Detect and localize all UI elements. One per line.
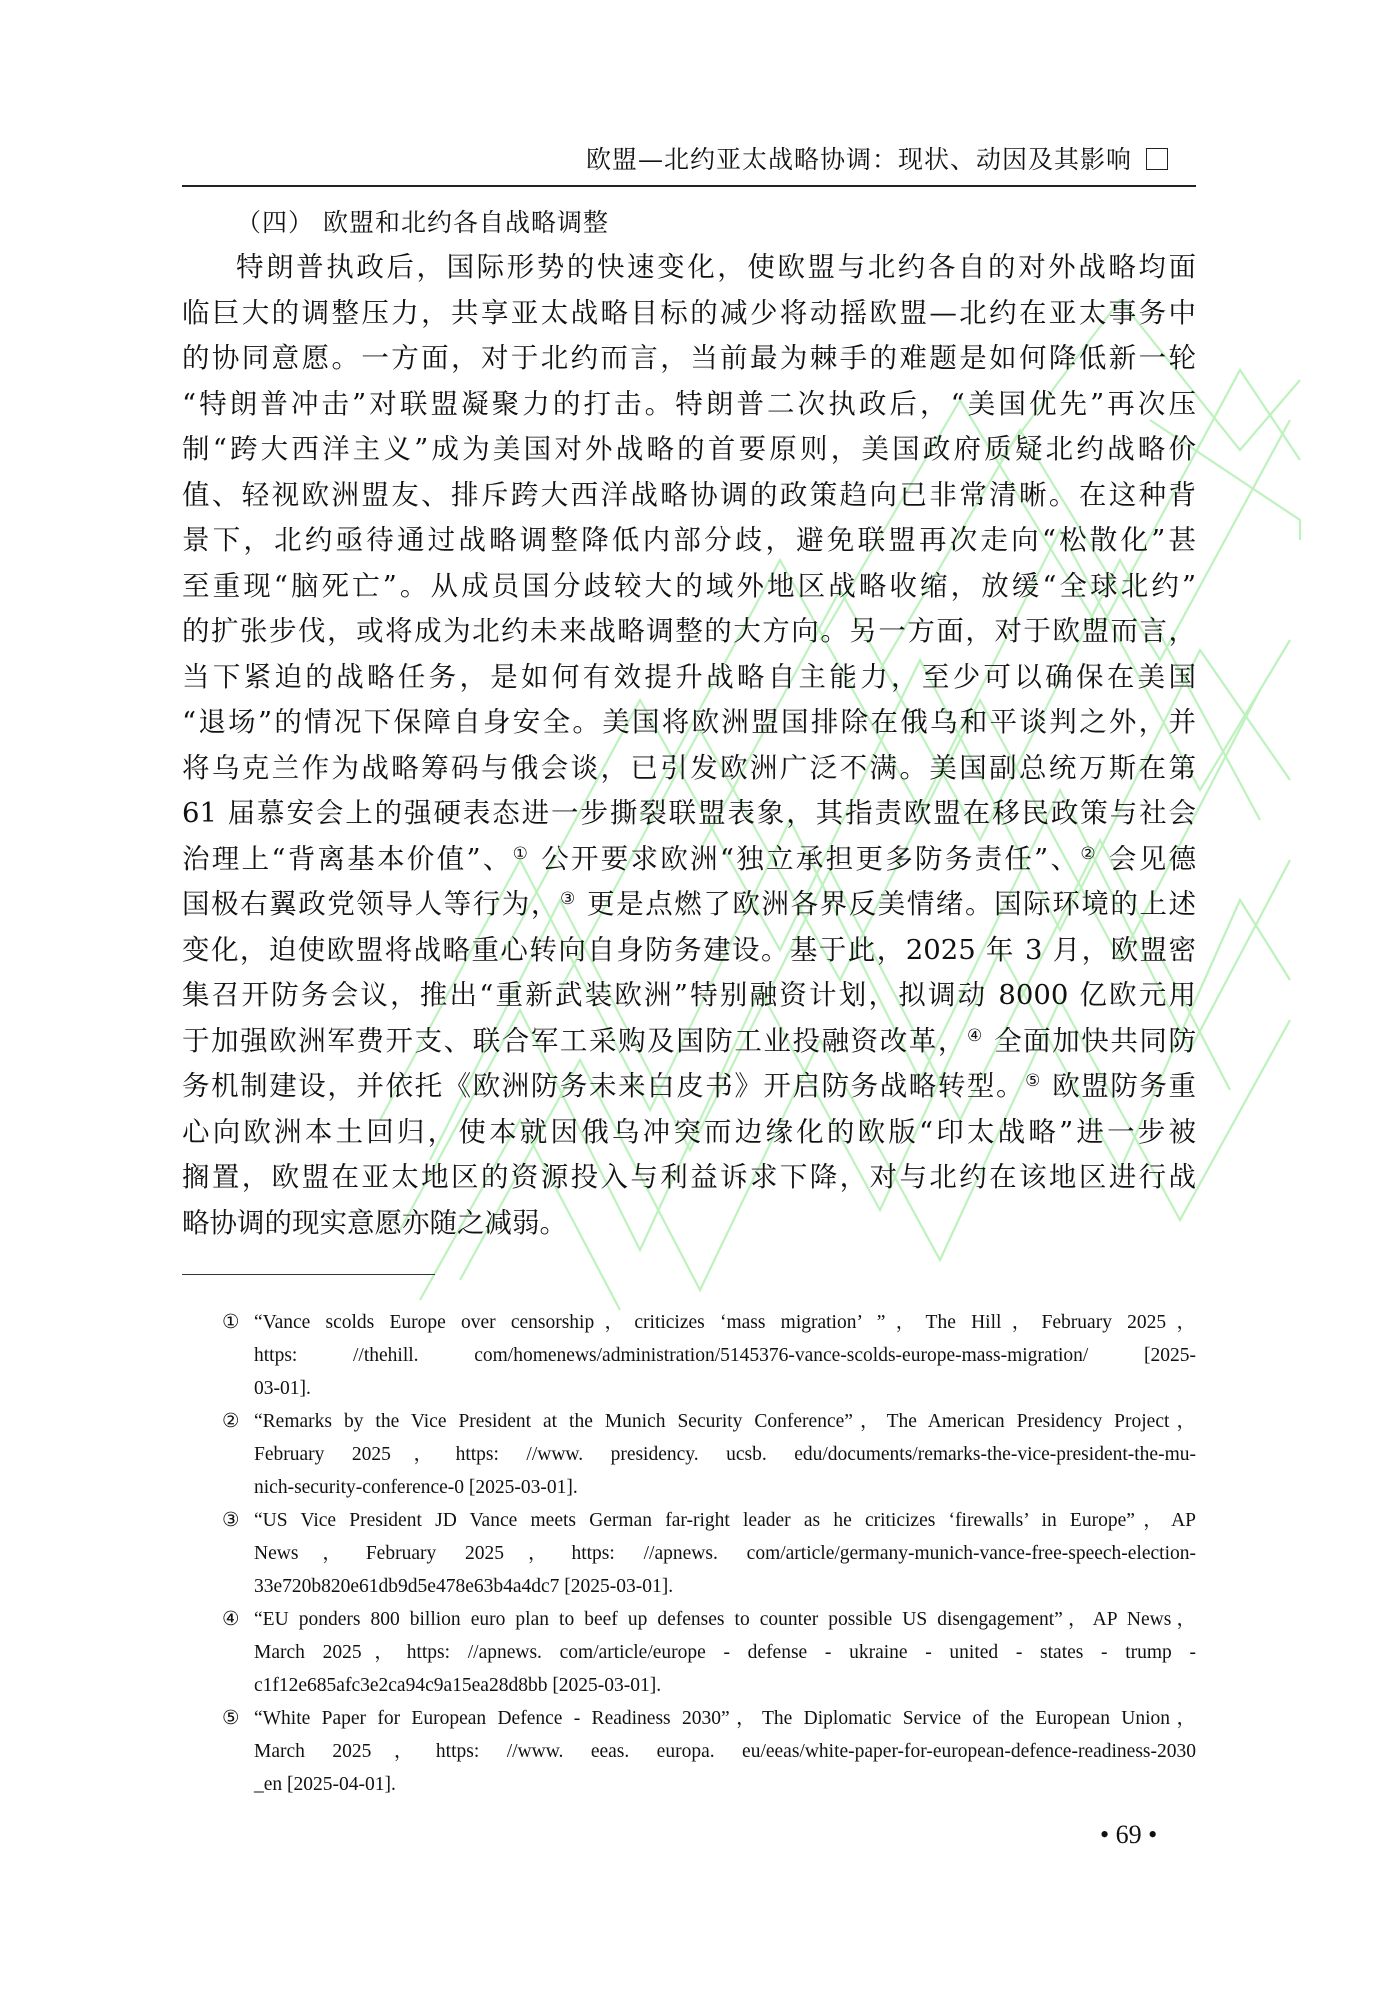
- text-line-with-notes: 务机制建设，并依托《欧洲防务未来白皮书》开启防务战略转型。⑤ 欧盟防务重: [182, 1064, 1196, 1110]
- footnote-line: c1f12e685afc3e2ca94c9a15ea28d8bb [2025-0…: [254, 1669, 1196, 1702]
- running-header: 欧盟—北约亚太战略协调：现状、动因及其影响: [586, 140, 1168, 176]
- text-line: 制“跨大西洋主义”成为美国对外战略的首要原则，美国政府质疑北约战略价: [182, 427, 1196, 473]
- text-line: “特朗普冲击”对联盟凝聚力的打击。特朗普二次执政后，“美国优先”再次压: [182, 382, 1196, 428]
- text-line: 至重现“脑死亡”。从成员国分歧较大的域外地区战略收缩，放缓“全球北约”: [182, 564, 1196, 610]
- footnote-ref-1[interactable]: ①: [513, 844, 531, 864]
- footnote-link[interactable]: News，February 2025，https: //apnews. com/…: [254, 1537, 1196, 1570]
- footnote-line: 03-01].: [254, 1372, 1196, 1405]
- footnote-4: ④ “EU ponders 800 billion euro plan to b…: [222, 1603, 1196, 1702]
- header-rule: [182, 185, 1196, 187]
- text-line-with-notes: 于加强欧洲军费开支、联合军工采购及国防工业投融资改革，④ 全面加快共同防: [182, 1019, 1196, 1065]
- page-number: • 69 •: [1100, 1820, 1157, 1850]
- text-line: “退场”的情况下保障自身安全。美国将欧洲盟国排除在俄乌和平谈判之外，并: [182, 700, 1196, 746]
- text-line: 当下紧迫的战略任务，是如何有效提升战略自主能力，至少可以确保在美国: [182, 655, 1196, 701]
- footnote-line: “White Paper for European Defence - Read…: [254, 1702, 1196, 1735]
- footnote-line: “Remarks by the Vice President at the Mu…: [254, 1405, 1196, 1438]
- footnote-link[interactable]: March 2025，https: //www. eeas. europa. e…: [254, 1735, 1196, 1768]
- footnote-3: ③ “US Vice President JD Vance meets Germ…: [222, 1504, 1196, 1603]
- footnote-line: “EU ponders 800 billion euro plan to bee…: [254, 1603, 1196, 1636]
- body-paragraph: 特朗普执政后，国际形势的快速变化，使欧盟与北约各自的对外战略均面 临巨大的调整压…: [182, 245, 1196, 1246]
- text-line: 变化，迫使欧盟将战略重心转向自身防务建设。基于此，2025 年 3 月，欧盟密: [182, 928, 1196, 974]
- footnote-link[interactable]: https: //thehill. com/homenews/administr…: [254, 1339, 1196, 1372]
- running-title: 欧盟—北约亚太战略协调：现状、动因及其影响: [586, 145, 1132, 174]
- footnote-number: ②: [222, 1405, 239, 1438]
- section-heading: （四） 欧盟和北约各自战略调整: [182, 200, 1196, 245]
- main-content: （四） 欧盟和北约各自战略调整 特朗普执政后，国际形势的快速变化，使欧盟与北约各…: [182, 200, 1196, 1246]
- footnote-ref-5[interactable]: ⑤: [1025, 1071, 1042, 1091]
- text-line: 心向欧洲本土回归，使本就因俄乌冲突而边缘化的欧版“印太战略”进一步被: [182, 1110, 1196, 1156]
- text-line: 景下，北约亟待通过战略调整降低内部分歧，避免联盟再次走向“松散化”甚: [182, 518, 1196, 564]
- footnote-number: ④: [222, 1603, 239, 1636]
- footnote-number: ⑤: [222, 1702, 239, 1735]
- footnote-number: ③: [222, 1504, 239, 1537]
- square-box-icon: [1146, 148, 1168, 170]
- footnote-line: nich-security-conference-0 [2025-03-01].: [254, 1471, 1196, 1504]
- text-line: 的扩张步伐，或将成为北约未来战略调整的大方向。另一方面，对于欧盟而言，: [182, 609, 1196, 655]
- footnote-5: ⑤ “White Paper for European Defence - Re…: [222, 1702, 1196, 1801]
- text-line: 将乌克兰作为战略筹码与俄会谈，已引发欧洲广泛不满。美国副总统万斯在第: [182, 746, 1196, 792]
- footnote-number: ①: [222, 1306, 239, 1339]
- text-line: 略协调的现实意愿亦随之减弱。: [182, 1201, 1196, 1247]
- text-line: 特朗普执政后，国际形势的快速变化，使欧盟与北约各自的对外战略均面: [182, 245, 1196, 291]
- text-line-with-notes: 国极右翼政党领导人等行为，③ 更是点燃了欧洲各界反美情绪。国际环境的上述: [182, 882, 1196, 928]
- text-line: 临巨大的调整压力，共享亚太战略目标的减少将动摇欧盟—北约在亚太事务中: [182, 291, 1196, 337]
- footnote-line: “Vance scolds Europe over censorship，cri…: [254, 1306, 1196, 1339]
- footnote-line: 33e720b820e61db9d5e478e63b4a4dc7 [2025-0…: [254, 1570, 1196, 1603]
- text-line: 的协同意愿。一方面，对于北约而言，当前最为棘手的难题是如何降低新一轮: [182, 336, 1196, 382]
- footnote-ref-4[interactable]: ④: [967, 1026, 984, 1046]
- text-line: 值、轻视欧洲盟友、排斥跨大西洋战略协调的政策趋向已非常清晰。在这种背: [182, 473, 1196, 519]
- footnote-ref-3[interactable]: ③: [560, 889, 577, 909]
- footnote-ref-2[interactable]: ②: [1080, 844, 1098, 864]
- footnote-line: “US Vice President JD Vance meets German…: [254, 1504, 1196, 1537]
- text-line: 61 届慕安会上的强硬表态进一步撕裂联盟表象，其指责欧盟在移民政策与社会: [182, 791, 1196, 837]
- text-line: 集召开防务会议，推出“重新武装欧洲”特别融资计划，拟调动 8000 亿欧元用: [182, 973, 1196, 1019]
- footnote-line: _en [2025-04-01].: [254, 1768, 1196, 1801]
- footnote-1: ① “Vance scolds Europe over censorship，c…: [222, 1306, 1196, 1405]
- footnote-2: ② “Remarks by the Vice President at the …: [222, 1405, 1196, 1504]
- footnotes: ① “Vance scolds Europe over censorship，c…: [222, 1306, 1196, 1801]
- text-line: 搁置，欧盟在亚太地区的资源投入与利益诉求下降，对与北约在该地区进行战: [182, 1155, 1196, 1201]
- text-line-with-notes: 治理上“背离基本价值”、① 公开要求欧洲“独立承担更多防务责任”、② 会见德: [182, 837, 1196, 883]
- footnote-link[interactable]: March 2025，https: //apnews. com/article/…: [254, 1636, 1196, 1669]
- footnote-separator: [182, 1274, 435, 1275]
- footnote-link[interactable]: February 2025，https: //www. presidency. …: [254, 1438, 1196, 1471]
